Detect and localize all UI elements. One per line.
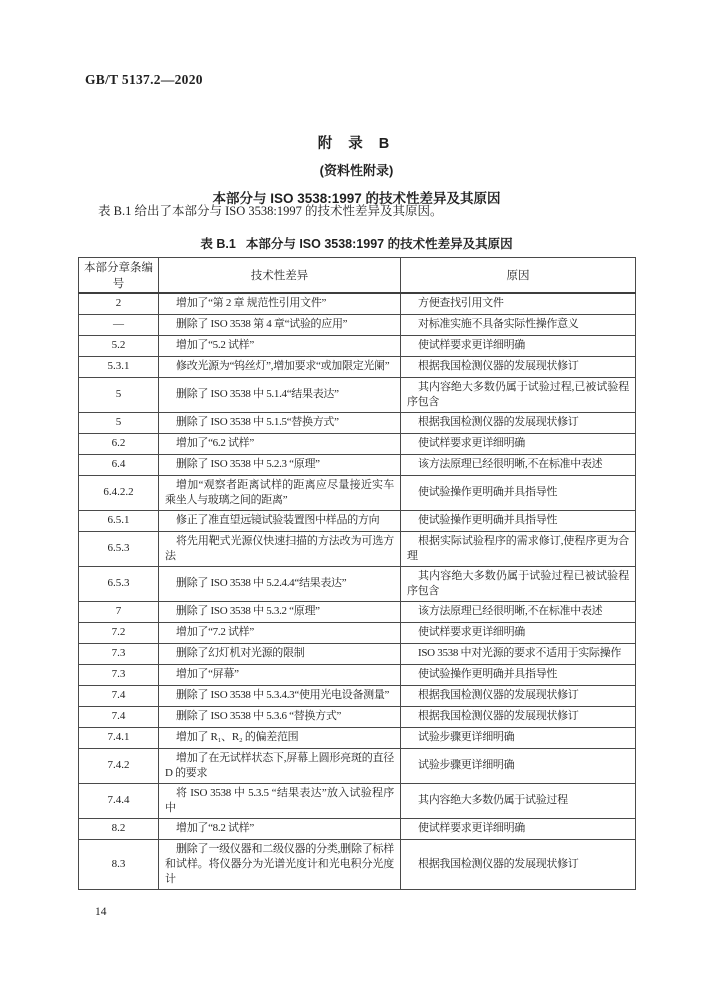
clause-cell: 6.5.3 [79,566,159,601]
clause-cell: 7.4.2 [79,748,159,783]
reason-cell: 使试样要求更详细明确 [401,622,636,643]
reason-cell: 试验步骤更详细明确 [401,748,636,783]
table-header-row: 本部分章条编号 技术性差异 原因 [79,258,636,294]
difference-cell: 增加“观察者距离试样的距离应尽量接近实车乘坐人与玻璃之间的距离” [159,475,401,510]
clause-cell: 5 [79,412,159,433]
reason-cell: 使试样要求更详细明确 [401,335,636,356]
table-row: 7.2 增加了“7.2 试样” 使试样要求更详细明确 [79,622,636,643]
table-row: 6.4 删除了 ISO 3538 中 5.2.3 “原理” 该方法原理已经很明晰… [79,454,636,475]
clause-cell: 7.4 [79,685,159,706]
reason-cell: 使试样要求更详细明确 [401,433,636,454]
clause-cell: 7.4.4 [79,783,159,818]
reason-cell: 其内容绝大多数仍属于试验过程,已被试验程序包含 [401,377,636,412]
reason-cell: 使试样要求更详细明确 [401,818,636,839]
table-row: 6.5.3 将先用靶式光源仪快速扫描的方法改为可选方法 根据实际试验程序的需求修… [79,531,636,566]
clause-cell: 6.5.3 [79,531,159,566]
difference-cell: 删除了 ISO 3538 中 5.3.6 “替换方式” [159,706,401,727]
difference-cell: 删除了 ISO 3538 中 5.3.2 “原理” [159,601,401,622]
clause-cell: 7.3 [79,664,159,685]
intro-paragraph: 表 B.1 给出了本部分与 ISO 3538:1997 的技术性差异及其原因。 [98,203,618,220]
table-row: 6.2 增加了“6.2 试样” 使试样要求更详细明确 [79,433,636,454]
clause-cell: 5 [79,377,159,412]
table-row: 7.3 增加了“屏幕” 使试验操作更明确并具指导性 [79,664,636,685]
reason-cell: 根据我国检测仪器的发展现状修订 [401,706,636,727]
reason-cell: 根据我国检测仪器的发展现状修订 [401,412,636,433]
table-row: 7 删除了 ISO 3538 中 5.3.2 “原理” 该方法原理已经很明晰,不… [79,601,636,622]
table-row: 8.2 增加了“8.2 试样” 使试样要求更详细明确 [79,818,636,839]
clause-cell: 6.4.2.2 [79,475,159,510]
reason-cell: 根据我国检测仪器的发展现状修订 [401,839,636,889]
page-number: 14 [95,906,107,918]
difference-cell: 删除了 ISO 3538 中 5.3.4.3“使用光电设备测量” [159,685,401,706]
column-header-clause: 本部分章条编号 [79,258,159,294]
reason-cell: 其内容绝大多数仍属于试验过程 [401,783,636,818]
difference-cell: 删除了 ISO 3538 中 5.1.4“结果表达” [159,377,401,412]
standard-number: GB/T 5137.2—2020 [85,72,203,88]
table-caption: 表 B.1本部分与 ISO 3538:1997 的技术性差异及其原因 [78,234,635,252]
table-row: 6.5.3 删除了 ISO 3538 中 5.2.4.4“结果表达” 其内容绝大… [79,566,636,601]
table-caption-label: 表 B.1 [200,237,235,251]
table-row: 5.3.1 修改光源为“钨丝灯”,增加要求“或加限定光阑” 根据我国检测仪器的发… [79,356,636,377]
difference-cell: 将 ISO 3538 中 5.3.5 “结果表达”放入试验程序中 [159,783,401,818]
table-row: 7.4.1 增加了 R₁、R₂ 的偏差范围 试验步骤更详细明确 [79,727,636,748]
document-page: GB/T 5137.2—2020 附 录 B (资料性附录) 本部分与 ISO … [0,0,707,1000]
table-row: 7.4.2 增加了在无试样状态下,屏幕上圆形亮斑的直径 D 的要求 试验步骤更详… [79,748,636,783]
table-row: 5 删除了 ISO 3538 中 5.1.4“结果表达” 其内容绝大多数仍属于试… [79,377,636,412]
clause-cell: 8.3 [79,839,159,889]
clause-cell: 6.2 [79,433,159,454]
difference-cell: 增加了“5.2 试样” [159,335,401,356]
table-row: 7.3 删除了幻灯机对光源的限制 ISO 3538 中对光源的要求不适用于实际操… [79,643,636,664]
clause-cell: 6.4 [79,454,159,475]
clause-cell: 7 [79,601,159,622]
table-row: — 删除了 ISO 3538 第 4 章“试验的应用” 对标准实施不具备实际性操… [79,314,636,335]
difference-cell: 增加了 R₁、R₂ 的偏差范围 [159,727,401,748]
reason-cell: 该方法原理已经很明晰,不在标准中表述 [401,601,636,622]
reason-cell: 根据我国检测仪器的发展现状修订 [401,356,636,377]
table-row: 7.4 删除了 ISO 3538 中 5.3.6 “替换方式” 根据我国检测仪器… [79,706,636,727]
difference-cell: 增加了“7.2 试样” [159,622,401,643]
difference-cell: 修改光源为“钨丝灯”,增加要求“或加限定光阑” [159,356,401,377]
difference-cell: 删除了 ISO 3538 中 5.1.5“替换方式” [159,412,401,433]
column-header-difference: 技术性差异 [159,258,401,294]
table-row: 8.3 删除了一级仪器和二级仪器的分类,删除了标样和试样。将仪器分为光谱光度计和… [79,839,636,889]
table-row: 2 增加了“第 2 章 规范性引用文件” 方便查找引用文件 [79,293,636,314]
appendix-title: 附 录 B [78,132,635,153]
table-body: 2 增加了“第 2 章 规范性引用文件” 方便查找引用文件 — 删除了 ISO … [79,293,636,889]
reason-cell: 其内容绝大多数仍属于试验过程已被试验程序包含 [401,566,636,601]
table-row: 6.5.1 修正了准直望远镜试验装置图中样品的方向 使试验操作更明确并具指导性 [79,510,636,531]
table-row: 7.4 删除了 ISO 3538 中 5.3.4.3“使用光电设备测量” 根据我… [79,685,636,706]
table-row: 5.2 增加了“5.2 试样” 使试样要求更详细明确 [79,335,636,356]
difference-cell: 删除了 ISO 3538 第 4 章“试验的应用” [159,314,401,335]
difference-cell: 删除了幻灯机对光源的限制 [159,643,401,664]
difference-cell: 修正了准直望远镜试验装置图中样品的方向 [159,510,401,531]
clause-cell: 7.4 [79,706,159,727]
clause-cell: 7.3 [79,643,159,664]
difference-cell: 增加了“6.2 试样” [159,433,401,454]
difference-cell: 增加了“第 2 章 规范性引用文件” [159,293,401,314]
clause-cell: 7.4.1 [79,727,159,748]
column-header-reason: 原因 [401,258,636,294]
clause-cell: 5.3.1 [79,356,159,377]
reason-cell: 方便查找引用文件 [401,293,636,314]
reason-cell: 对标准实施不具备实际性操作意义 [401,314,636,335]
clause-cell: 2 [79,293,159,314]
appendix-title-block: 附 录 B (资料性附录) 本部分与 ISO 3538:1997 的技术性差异及… [78,132,635,207]
reason-cell: 使试验操作更明确并具指导性 [401,475,636,510]
reason-cell: 使试验操作更明确并具指导性 [401,510,636,531]
reason-cell: 根据我国检测仪器的发展现状修订 [401,685,636,706]
difference-cell: 增加了“屏幕” [159,664,401,685]
clause-cell: 5.2 [79,335,159,356]
differences-table: 本部分章条编号 技术性差异 原因 2 增加了“第 2 章 规范性引用文件” 方便… [78,257,636,890]
appendix-subtitle: (资料性附录) [78,160,635,179]
reason-cell: ISO 3538 中对光源的要求不适用于实际操作 [401,643,636,664]
reason-cell: 使试验操作更明确并具指导性 [401,664,636,685]
table-row: 6.4.2.2 增加“观察者距离试样的距离应尽量接近实车乘坐人与玻璃之间的距离”… [79,475,636,510]
table-caption-text: 本部分与 ISO 3538:1997 的技术性差异及其原因 [246,237,513,251]
difference-cell: 增加了“8.2 试样” [159,818,401,839]
reason-cell: 根据实际试验程序的需求修订,使程序更为合理 [401,531,636,566]
difference-cell: 删除了一级仪器和二级仪器的分类,删除了标样和试样。将仪器分为光谱光度计和光电积分… [159,839,401,889]
clause-cell: 8.2 [79,818,159,839]
difference-cell: 删除了 ISO 3538 中 5.2.4.4“结果表达” [159,566,401,601]
table-row: 5 删除了 ISO 3538 中 5.1.5“替换方式” 根据我国检测仪器的发展… [79,412,636,433]
reason-cell: 试验步骤更详细明确 [401,727,636,748]
difference-cell: 增加了在无试样状态下,屏幕上圆形亮斑的直径 D 的要求 [159,748,401,783]
reason-cell: 该方法原理已经很明晰,不在标准中表述 [401,454,636,475]
clause-cell: 7.2 [79,622,159,643]
table-row: 7.4.4 将 ISO 3538 中 5.3.5 “结果表达”放入试验程序中 其… [79,783,636,818]
difference-cell: 删除了 ISO 3538 中 5.2.3 “原理” [159,454,401,475]
clause-cell: — [79,314,159,335]
clause-cell: 6.5.1 [79,510,159,531]
difference-cell: 将先用靶式光源仪快速扫描的方法改为可选方法 [159,531,401,566]
